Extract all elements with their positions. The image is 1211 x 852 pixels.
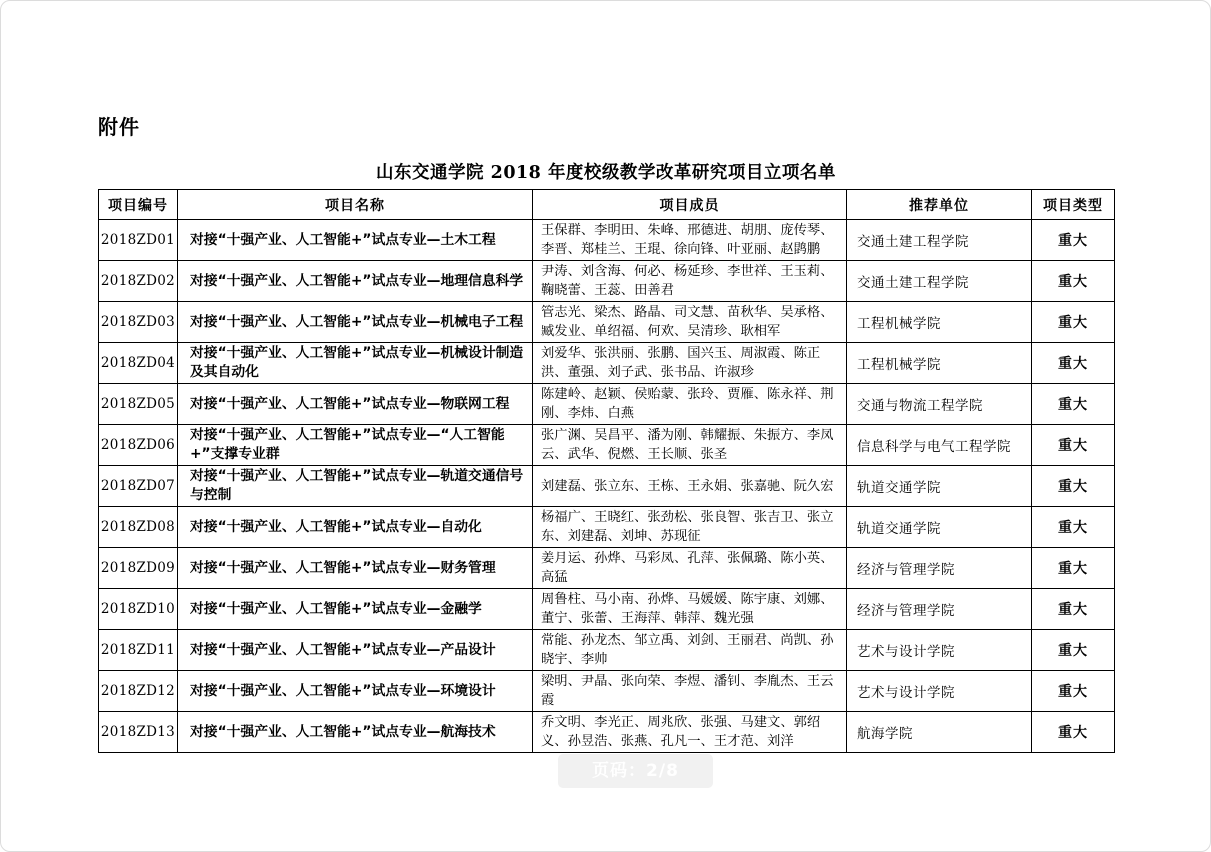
project-id-cell: 2018ZD05 bbox=[99, 384, 178, 425]
project-id-cell: 2018ZD06 bbox=[99, 425, 178, 466]
document-page: 附件 山东交通学院 2018 年度校级教学改革研究项目立项名单 项目编号 项目名… bbox=[0, 0, 1211, 852]
project-name-cell: 对接“十强产业、人工智能+”试点专业—土木工程 bbox=[178, 220, 533, 261]
page-number-badge: 页码：2/8 bbox=[558, 754, 713, 788]
type-cell: 重大 bbox=[1032, 548, 1115, 589]
project-name-cell: 对接“十强产业、人工智能+”试点专业—物联网工程 bbox=[178, 384, 533, 425]
type-cell: 重大 bbox=[1032, 384, 1115, 425]
project-name-cell: 对接“十强产业、人工智能+”试点专业—自动化 bbox=[178, 507, 533, 548]
table-row: 2018ZD04 对接“十强产业、人工智能+”试点专业—机械设计制造及其自动化 … bbox=[99, 343, 1115, 384]
header-project-name: 项目名称 bbox=[178, 190, 533, 220]
table-row: 2018ZD03 对接“十强产业、人工智能+”试点专业—机械电子工程 管志光、梁… bbox=[99, 302, 1115, 343]
project-table: 项目编号 项目名称 项目成员 推荐单位 项目类型 2018ZD01 对接“十强产… bbox=[98, 189, 1115, 753]
type-cell: 重大 bbox=[1032, 466, 1115, 507]
table-header-row: 项目编号 项目名称 项目成员 推荐单位 项目类型 bbox=[99, 190, 1115, 220]
members-cell: 王保群、李明田、朱峰、邢德进、胡朋、庞传琴、李晋、郑桂兰、王琨、徐向锋、叶亚丽、… bbox=[533, 220, 847, 261]
page-title: 山东交通学院 2018 年度校级教学改革研究项目立项名单 bbox=[98, 159, 1114, 184]
unit-cell: 经济与管理学院 bbox=[847, 589, 1032, 630]
type-cell: 重大 bbox=[1032, 630, 1115, 671]
unit-cell: 艺术与设计学院 bbox=[847, 630, 1032, 671]
project-id-cell: 2018ZD09 bbox=[99, 548, 178, 589]
members-cell: 姜月运、孙烨、马彩凤、孔萍、张佩璐、陈小英、高猛 bbox=[533, 548, 847, 589]
project-name-cell: 对接“十强产业、人工智能+”试点专业—机械电子工程 bbox=[178, 302, 533, 343]
unit-cell: 交通与物流工程学院 bbox=[847, 384, 1032, 425]
project-id-cell: 2018ZD11 bbox=[99, 630, 178, 671]
project-name-cell: 对接“十强产业、人工智能+”试点专业—“人工智能+”支撑专业群 bbox=[178, 425, 533, 466]
type-cell: 重大 bbox=[1032, 343, 1115, 384]
members-cell: 周鲁柱、马小南、孙烨、马媛媛、陈宇康、刘娜、董宁、张蕾、王海萍、韩萍、魏光强 bbox=[533, 589, 847, 630]
unit-cell: 工程机械学院 bbox=[847, 302, 1032, 343]
project-id-cell: 2018ZD13 bbox=[99, 712, 178, 753]
unit-cell: 信息科学与电气工程学院 bbox=[847, 425, 1032, 466]
project-name-cell: 对接“十强产业、人工智能+”试点专业—地理信息科学 bbox=[178, 261, 533, 302]
project-id-cell: 2018ZD04 bbox=[99, 343, 178, 384]
unit-cell: 工程机械学院 bbox=[847, 343, 1032, 384]
project-name-cell: 对接“十强产业、人工智能+”试点专业—环境设计 bbox=[178, 671, 533, 712]
table-row: 2018ZD02 对接“十强产业、人工智能+”试点专业—地理信息科学 尹涛、刘含… bbox=[99, 261, 1115, 302]
project-id-cell: 2018ZD02 bbox=[99, 261, 178, 302]
project-id-cell: 2018ZD10 bbox=[99, 589, 178, 630]
members-cell: 乔文明、李光正、周兆欣、张强、马建文、郭绍义、孙昱浩、张燕、孔凡一、王才范、刘洋 bbox=[533, 712, 847, 753]
project-id-cell: 2018ZD12 bbox=[99, 671, 178, 712]
unit-cell: 艺术与设计学院 bbox=[847, 671, 1032, 712]
members-cell: 刘建磊、张立东、王栋、王永娟、张嘉驰、阮久宏 bbox=[533, 466, 847, 507]
table-row: 2018ZD13 对接“十强产业、人工智能+”试点专业—航海技术 乔文明、李光正… bbox=[99, 712, 1115, 753]
project-name-cell: 对接“十强产业、人工智能+”试点专业—财务管理 bbox=[178, 548, 533, 589]
attachment-label: 附件 bbox=[98, 111, 140, 140]
project-name-cell: 对接“十强产业、人工智能+”试点专业—航海技术 bbox=[178, 712, 533, 753]
unit-cell: 经济与管理学院 bbox=[847, 548, 1032, 589]
members-cell: 张广渊、吴昌平、潘为刚、韩耀振、朱振方、李凤云、武华、倪燃、王长顺、张圣 bbox=[533, 425, 847, 466]
members-cell: 陈建岭、赵颖、侯贻蒙、张玲、贾雁、陈永祥、荆刚、李炜、白燕 bbox=[533, 384, 847, 425]
table-row: 2018ZD10 对接“十强产业、人工智能+”试点专业—金融学 周鲁柱、马小南、… bbox=[99, 589, 1115, 630]
type-cell: 重大 bbox=[1032, 302, 1115, 343]
unit-cell: 交通土建工程学院 bbox=[847, 220, 1032, 261]
project-id-cell: 2018ZD03 bbox=[99, 302, 178, 343]
members-cell: 梁明、尹晶、张向荣、李煜、潘钊、李胤杰、王云霞 bbox=[533, 671, 847, 712]
project-id-cell: 2018ZD07 bbox=[99, 466, 178, 507]
type-cell: 重大 bbox=[1032, 261, 1115, 302]
project-name-cell: 对接“十强产业、人工智能+”试点专业—产品设计 bbox=[178, 630, 533, 671]
unit-cell: 航海学院 bbox=[847, 712, 1032, 753]
table-row: 2018ZD05 对接“十强产业、人工智能+”试点专业—物联网工程 陈建岭、赵颖… bbox=[99, 384, 1115, 425]
project-name-cell: 对接“十强产业、人工智能+”试点专业—机械设计制造及其自动化 bbox=[178, 343, 533, 384]
project-id-cell: 2018ZD01 bbox=[99, 220, 178, 261]
unit-cell: 交通土建工程学院 bbox=[847, 261, 1032, 302]
type-cell: 重大 bbox=[1032, 589, 1115, 630]
project-name-cell: 对接“十强产业、人工智能+”试点专业—金融学 bbox=[178, 589, 533, 630]
members-cell: 管志光、梁杰、路晶、司文慧、苗秋华、吴承格、臧发业、单绍福、何欢、吴清珍、耿相军 bbox=[533, 302, 847, 343]
table-row: 2018ZD01 对接“十强产业、人工智能+”试点专业—土木工程 王保群、李明田… bbox=[99, 220, 1115, 261]
unit-cell: 轨道交通学院 bbox=[847, 466, 1032, 507]
header-type: 项目类型 bbox=[1032, 190, 1115, 220]
members-cell: 杨福广、王晓红、张劲松、张良智、张吉卫、张立东、刘建磊、刘坤、苏现征 bbox=[533, 507, 847, 548]
header-unit: 推荐单位 bbox=[847, 190, 1032, 220]
members-cell: 尹涛、刘含海、何必、杨延珍、李世祥、王玉莉、鞠晓蕾、王蕊、田善君 bbox=[533, 261, 847, 302]
table-row: 2018ZD09 对接“十强产业、人工智能+”试点专业—财务管理 姜月运、孙烨、… bbox=[99, 548, 1115, 589]
project-id-cell: 2018ZD08 bbox=[99, 507, 178, 548]
type-cell: 重大 bbox=[1032, 712, 1115, 753]
project-name-cell: 对接“十强产业、人工智能+”试点专业—轨道交通信号与控制 bbox=[178, 466, 533, 507]
table-row: 2018ZD06 对接“十强产业、人工智能+”试点专业—“人工智能+”支撑专业群… bbox=[99, 425, 1115, 466]
members-cell: 刘爱华、张洪丽、张鹏、国兴玉、周淑霞、陈正洪、董强、刘子武、张书品、许淑珍 bbox=[533, 343, 847, 384]
type-cell: 重大 bbox=[1032, 425, 1115, 466]
type-cell: 重大 bbox=[1032, 507, 1115, 548]
members-cell: 常能、孙龙杰、邹立禹、刘剑、王丽君、尚凯、孙晓宇、李帅 bbox=[533, 630, 847, 671]
type-cell: 重大 bbox=[1032, 220, 1115, 261]
unit-cell: 轨道交通学院 bbox=[847, 507, 1032, 548]
table-row: 2018ZD07 对接“十强产业、人工智能+”试点专业—轨道交通信号与控制 刘建… bbox=[99, 466, 1115, 507]
header-members: 项目成员 bbox=[533, 190, 847, 220]
type-cell: 重大 bbox=[1032, 671, 1115, 712]
table-row: 2018ZD08 对接“十强产业、人工智能+”试点专业—自动化 杨福广、王晓红、… bbox=[99, 507, 1115, 548]
table-body: 2018ZD01 对接“十强产业、人工智能+”试点专业—土木工程 王保群、李明田… bbox=[99, 220, 1115, 753]
table-row: 2018ZD12 对接“十强产业、人工智能+”试点专业—环境设计 梁明、尹晶、张… bbox=[99, 671, 1115, 712]
header-project-id: 项目编号 bbox=[99, 190, 178, 220]
table-row: 2018ZD11 对接“十强产业、人工智能+”试点专业—产品设计 常能、孙龙杰、… bbox=[99, 630, 1115, 671]
